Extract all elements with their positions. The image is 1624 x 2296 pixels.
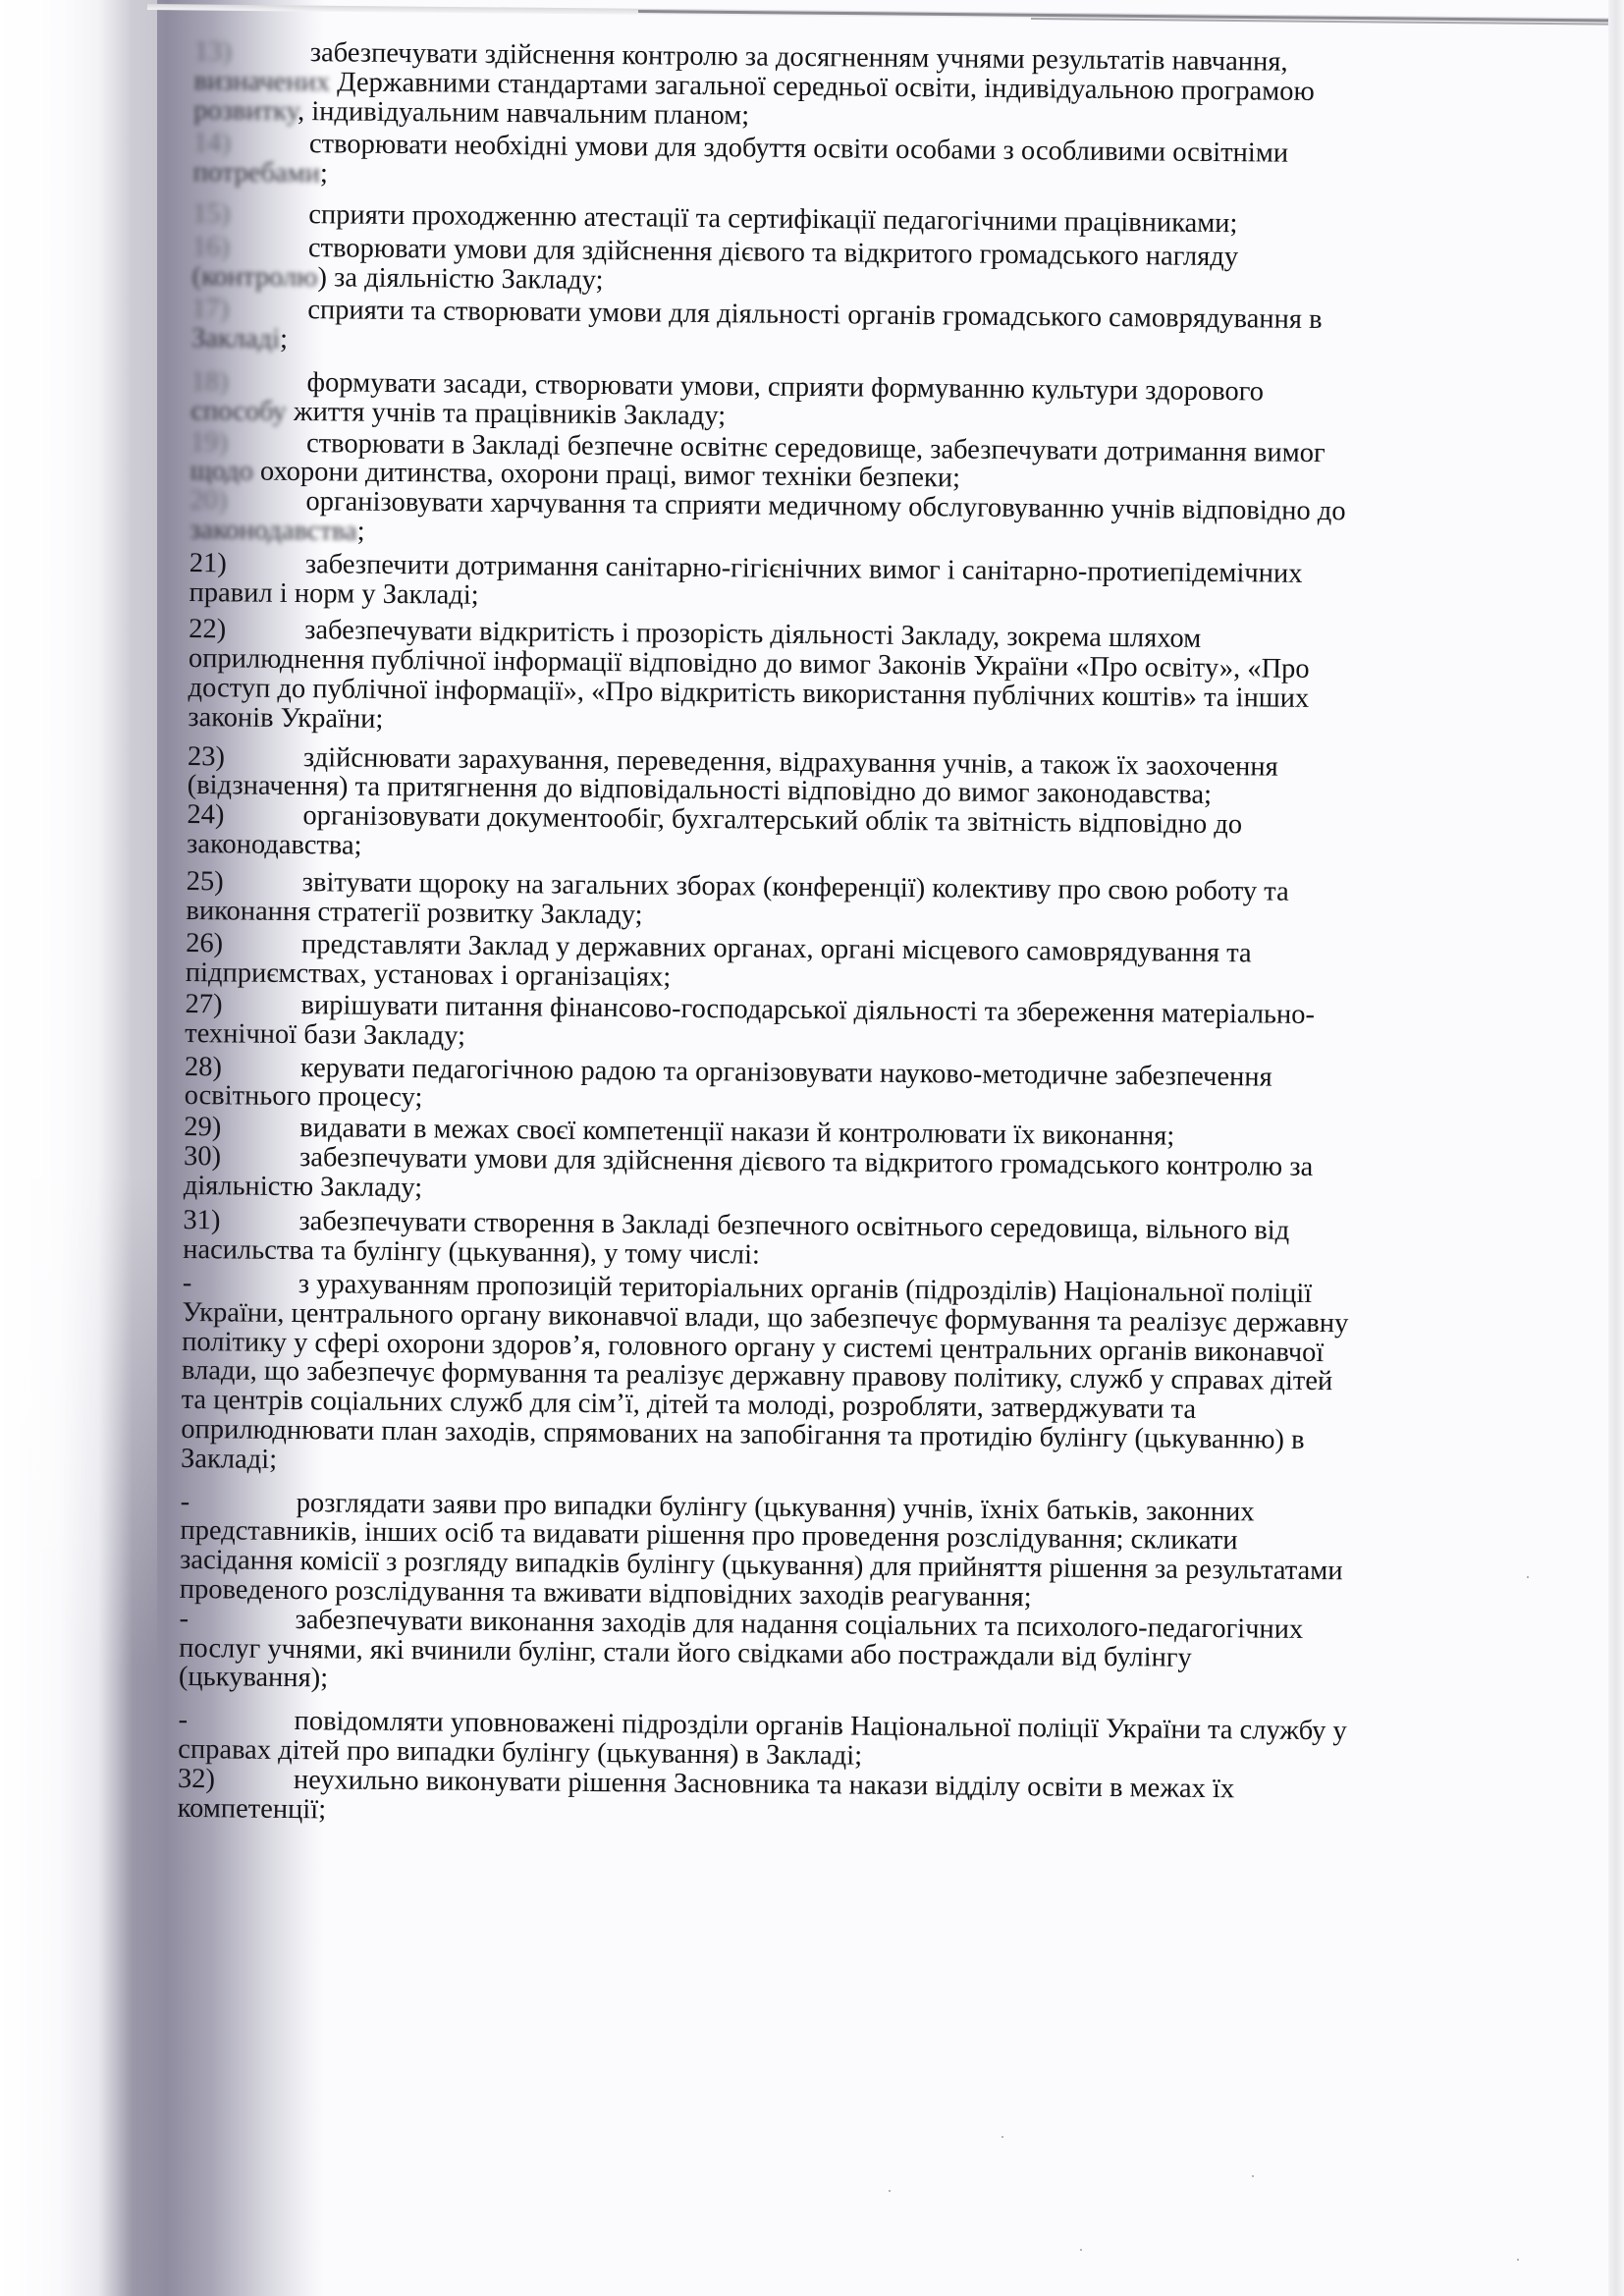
item-text: сприяти проходженню атестації та сертифі… [308,199,1237,239]
item-text: ; [357,517,365,547]
item-text-blurred: (контролю [192,261,318,293]
paper-stack-top-edge [147,0,1624,39]
document-body: 13)забезпечувати здійснення контролю за … [178,37,1579,1836]
list-item: 20)організовувати харчування та сприяти … [189,486,1575,558]
item-text: (цькування); [179,1662,328,1693]
item-number: 20) [189,486,305,517]
item-text-blurred: розвитку [193,95,298,127]
item-text: виконання стратегії розвитку Закладу; [186,895,642,929]
item-number: 30) [184,1142,299,1173]
list-item: 30)забезпечувати умови для здійснення ді… [184,1142,1569,1214]
item-text-blurred: щодо [190,456,253,487]
bullet-dash: - [183,1269,298,1299]
scan-speck [889,2190,891,2192]
item-number: 14) [193,129,309,159]
item-number: 17) [191,295,307,325]
item-text: законодавства; [187,829,362,861]
item-number: 19) [190,428,306,459]
list-item: 17)сприяти та створювати умови для діяль… [191,295,1577,366]
list-item: 32)неухильно виконувати рішення Засновни… [178,1765,1563,1836]
sub-list-item: -з урахуванням пропозицій територіальних… [181,1269,1567,1487]
item-text: правил і норм у Закладі; [189,577,478,611]
scanner-shadow-highlight [0,0,157,2296]
item-text-blurred: Закладі [191,323,280,355]
item-text: компетенції; [178,1793,327,1825]
item-text: , індивідуальним навчальним планом; [298,96,749,131]
item-number: 31) [183,1206,298,1236]
item-number: 28) [185,1052,300,1082]
item-text-blurred: потребами [193,157,321,189]
item-text: життя учнів та працівників Закладу; [287,397,727,431]
scan-speck [1080,2249,1082,2251]
list-item: 21)забезпечити дотримання санітарно-гігі… [189,549,1574,621]
scan-speck [1252,2175,1254,2177]
list-item: 31)забезпечувати створення в Закладі без… [183,1206,1568,1278]
list-item: 22)забезпечувати відкритість і прозоріст… [188,615,1573,745]
item-text: законів України; [188,702,383,735]
list-item: 13)забезпечувати здійснення контролю за … [193,37,1579,138]
item-text-blurred: способу [190,396,287,427]
item-number: 21) [189,549,305,579]
item-number: 29) [184,1113,299,1143]
item-text: ; [320,158,328,189]
item-number: 15) [192,199,308,230]
item-text: ) за діяльністю Закладу; [317,262,603,296]
item-text-blurred: законодавства [189,515,357,547]
list-item: 24)організовувати документообіг, бухгалт… [187,800,1572,872]
item-number: 27) [185,990,300,1020]
bullet-dash: - [179,1605,295,1635]
item-text-blurred: визначених [193,66,330,97]
bullet-dash: - [178,1706,294,1736]
item-text: насильства та булінгу (цькування), у том… [183,1234,760,1271]
item-number: 32) [178,1765,294,1795]
item-text: підприємствах, установах і організаціях; [186,957,672,993]
sub-list-item: -забезпечувати виконання заходів для над… [179,1605,1564,1706]
item-number: 26) [186,929,301,959]
sub-list-item: -розглядати заяви про випадки булінгу (ц… [180,1488,1565,1618]
list-item: 25)звітувати щороку на загальних зборах … [186,867,1571,939]
list-item: 16)створювати умови для здійснення дієво… [192,233,1578,304]
item-number: 18) [190,367,306,398]
item-text: освітнього процесу; [185,1080,423,1113]
scan-speck [1517,2259,1519,2261]
scanned-page: 13)забезпечувати здійснення контролю за … [0,0,1624,2296]
scan-speck [1001,2136,1003,2138]
item-number: 16) [192,233,308,263]
item-text: діяльністю Закладу; [184,1171,423,1203]
item-text: сприяти та створювати умови для діяльнос… [307,295,1323,335]
item-text: ; [280,324,288,355]
paper-right-edge [1608,0,1624,2296]
item-number: 22) [189,615,304,645]
item-text: Закладі; [181,1444,277,1475]
list-item: 27)вирішувати питання фінансово-господар… [185,990,1570,1062]
item-text: створювати необхідні умови для здобуття … [309,130,1288,170]
list-item: 14)створювати необхідні умови для здобут… [193,129,1579,200]
item-text: технічної бази Закладу; [185,1018,465,1052]
item-number: 13) [194,37,310,68]
item-number: 24) [187,800,302,831]
bullet-dash: - [181,1488,297,1518]
item-number: 25) [187,867,302,898]
item-number: 23) [188,741,303,772]
scan-speck [1527,1576,1529,1578]
item-text: керувати педагогічною радою та організов… [300,1053,1272,1092]
